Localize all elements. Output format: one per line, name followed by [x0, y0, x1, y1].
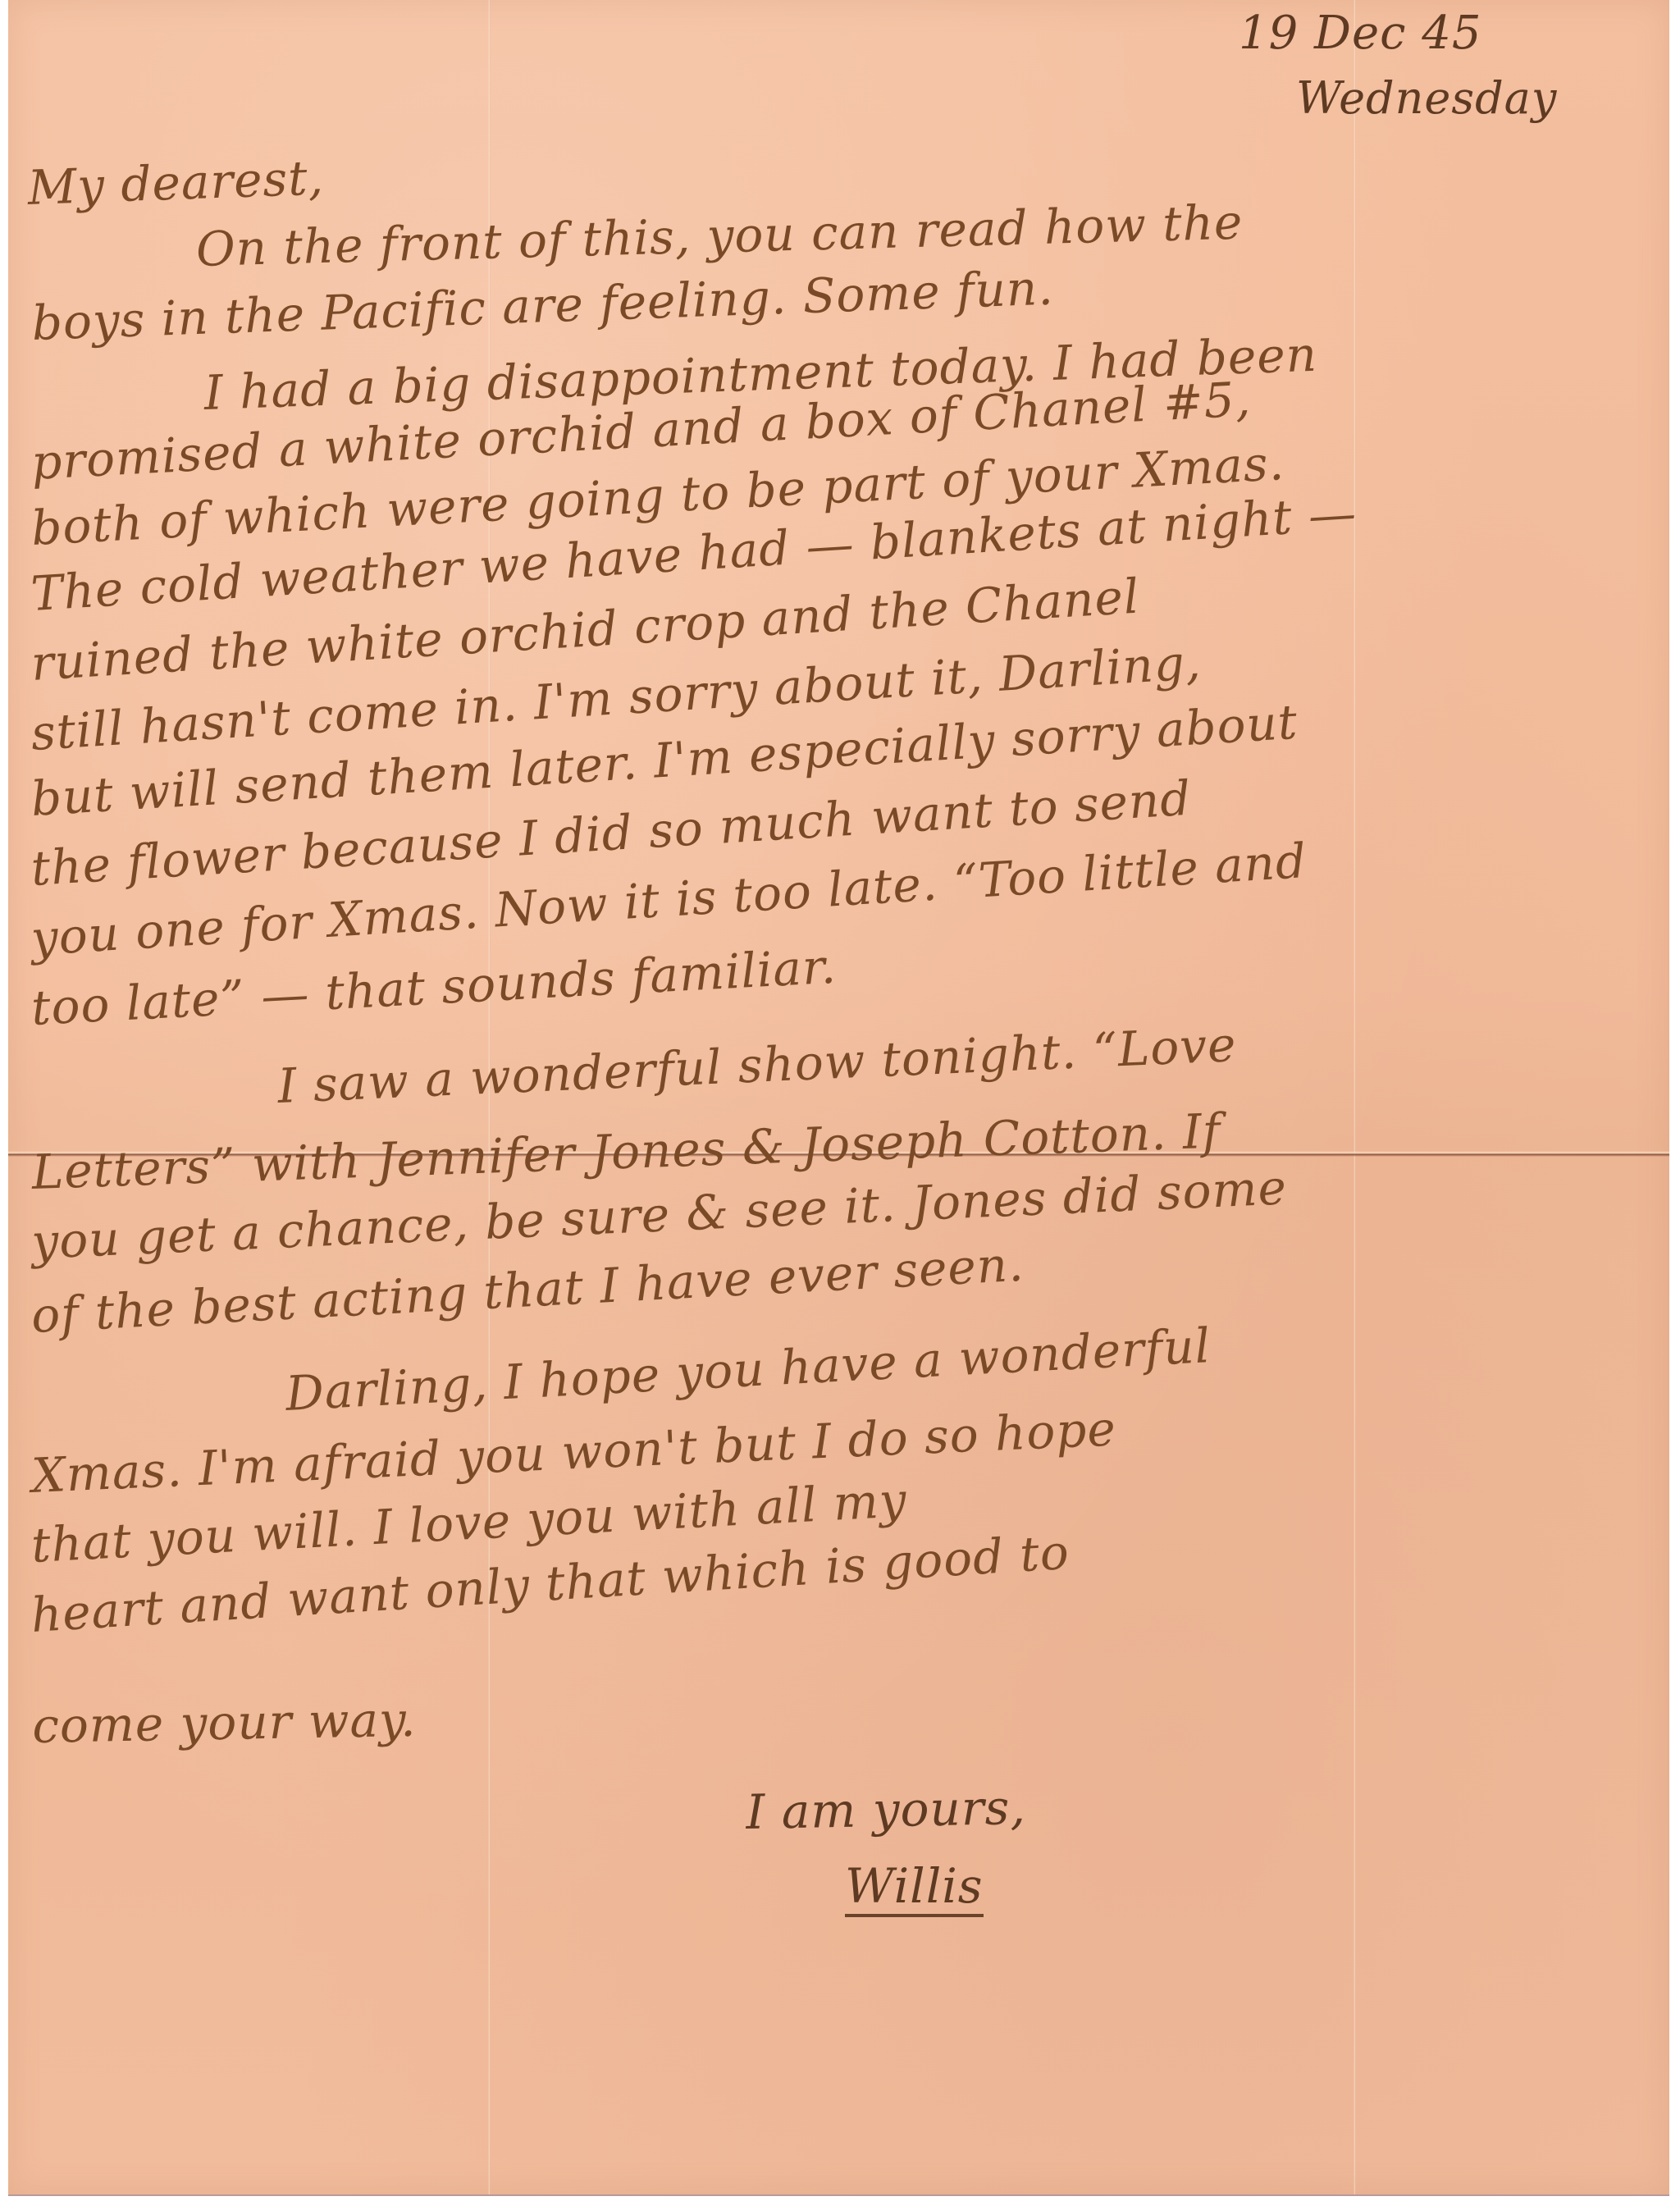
salutation: My dearest,: [27, 149, 325, 216]
letter-date: 19 Dec 45: [1239, 7, 1482, 60]
closing: I am yours,: [746, 1779, 1026, 1840]
letter-day: Wednesday: [1296, 72, 1557, 124]
letter-line: boys in the Pacific are feeling. Some fu…: [31, 260, 1055, 351]
signature: Willis: [845, 1858, 984, 1914]
vertical-fold-mark: [1354, 0, 1356, 2194]
letter-line: Xmas. I'm afraid you won't but I do so h…: [30, 1400, 1117, 1504]
signature-name: Willis: [845, 1858, 984, 1917]
letter-line: come your way.: [32, 1692, 417, 1754]
letter-line: On the front of this, you can read how t…: [195, 194, 1244, 277]
letter-line: I saw a wonderful show tonight. “Love: [276, 1016, 1238, 1114]
letter-page: 19 Dec 45 Wednesday My dearest, On the f…: [8, 0, 1669, 2196]
